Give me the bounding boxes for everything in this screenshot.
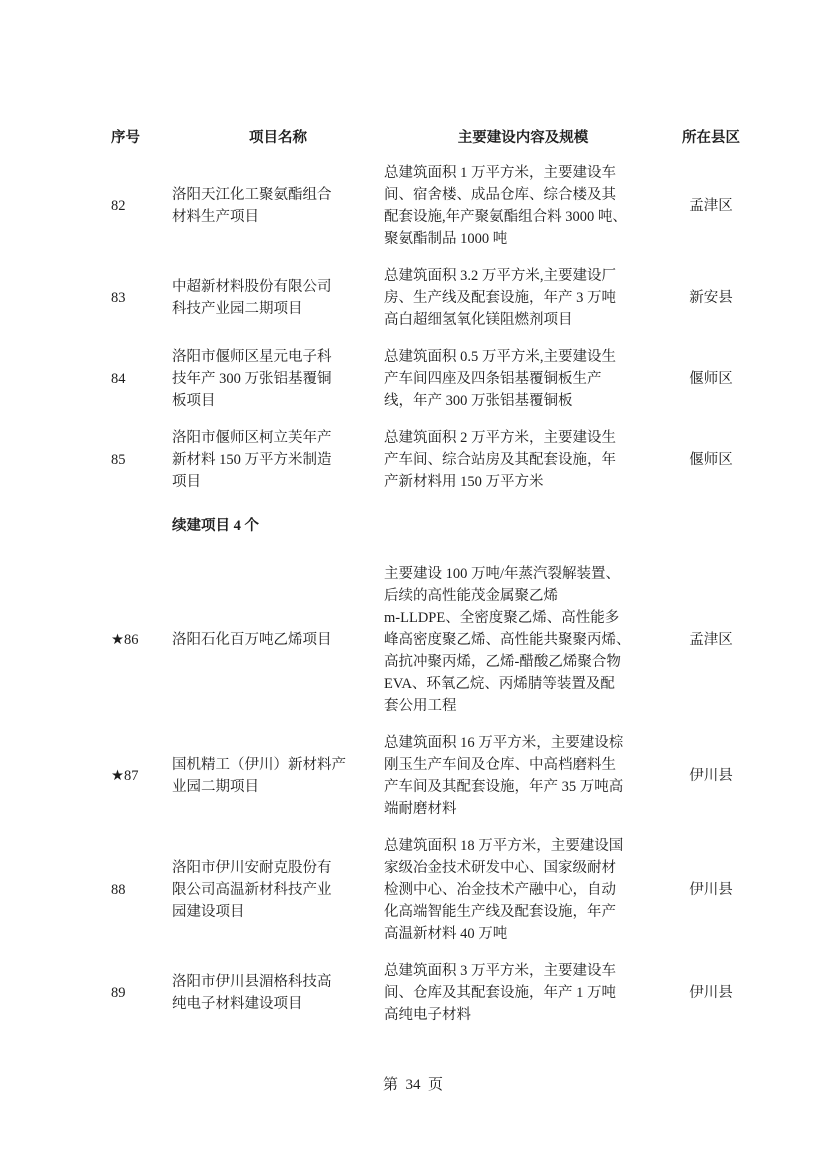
table-row: 84 洛阳市偃师区星元电子科 技年产 300 万张铝基覆铜 板项目 总建筑面积 …	[108, 346, 760, 412]
project-name: 洛阳天江化工聚氨酯组合 材料生产项目	[172, 184, 384, 228]
row-seq: 89	[108, 982, 172, 1004]
project-name: 洛阳市伊川县湄格科技高 纯电子材料建设项目	[172, 971, 384, 1015]
project-table: 序号 项目名称 主要建设内容及规模 所在县区 82 洛阳天江化工聚氨酯组合 材料…	[108, 127, 760, 1026]
project-county: 伊川县	[662, 765, 760, 787]
project-county: 新安县	[662, 287, 760, 309]
project-county: 孟津区	[662, 195, 760, 217]
project-county: 伊川县	[662, 982, 760, 1004]
project-content: 总建筑面积 3 万平方米，主要建设车 间、仓库及其配套设施，年产 1 万吨 高纯…	[384, 960, 662, 1026]
project-content: 总建筑面积 1 万平方米，主要建设车 间、宿舍楼、成品仓库、综合楼及其 配套设施…	[384, 162, 662, 250]
project-name: 中超新材料股份有限公司 科技产业园二期项目	[172, 276, 384, 320]
row-seq: 88	[108, 879, 172, 901]
row-seq-starred: ★87	[108, 765, 172, 787]
row-seq: 85	[108, 449, 172, 471]
row-seq: 82	[108, 195, 172, 217]
table-row: ★87 国机精工（伊川）新材料产 业园二期项目 总建筑面积 16 万平方米，主要…	[108, 732, 760, 820]
table-row: 83 中超新材料股份有限公司 科技产业园二期项目 总建筑面积 3.2 万平方米,…	[108, 265, 760, 331]
row-seq: 83	[108, 287, 172, 309]
table-row: ★86 洛阳石化百万吨乙烯项目 主要建设 100 万吨/年蒸汽裂解装置、 后续的…	[108, 563, 760, 717]
row-seq: 84	[108, 368, 172, 390]
project-name: 国机精工（伊川）新材料产 业园二期项目	[172, 754, 384, 798]
project-name: 洛阳石化百万吨乙烯项目	[172, 629, 384, 651]
table-row: 89 洛阳市伊川县湄格科技高 纯电子材料建设项目 总建筑面积 3 万平方米，主要…	[108, 960, 760, 1026]
project-content: 总建筑面积 0.5 万平方米,主要建设生 产车间四座及四条铝基覆铜板生产 线，年…	[384, 346, 662, 412]
project-name: 洛阳市偃师区星元电子科 技年产 300 万张铝基覆铜 板项目	[172, 346, 384, 412]
document-page: 序号 项目名称 主要建设内容及规模 所在县区 82 洛阳天江化工聚氨酯组合 材料…	[0, 0, 826, 1169]
table-row: 82 洛阳天江化工聚氨酯组合 材料生产项目 总建筑面积 1 万平方米，主要建设车…	[108, 162, 760, 250]
section-title: 续建项目 4 个	[172, 515, 760, 537]
header-project-name: 项目名称	[172, 127, 384, 149]
project-content: 主要建设 100 万吨/年蒸汽裂解装置、 后续的高性能茂金属聚乙烯 m-LLDP…	[384, 563, 662, 717]
page-number: 第 34 页	[0, 1074, 826, 1096]
header-county: 所在县区	[662, 127, 760, 149]
project-content: 总建筑面积 18 万平方米，主要建设国 家级冶金技术研发中心、国家级耐材 检测中…	[384, 835, 662, 945]
project-name: 洛阳市偃师区柯立芙年产 新材料 150 万平方米制造 项目	[172, 427, 384, 493]
row-seq-starred: ★86	[108, 629, 172, 651]
table-row: 88 洛阳市伊川安耐克股份有 限公司高温新材科技产业 园建设项目 总建筑面积 1…	[108, 835, 760, 945]
header-seq: 序号	[108, 127, 172, 149]
project-county: 伊川县	[662, 879, 760, 901]
table-header-row: 序号 项目名称 主要建设内容及规模 所在县区	[108, 127, 760, 149]
project-county: 孟津区	[662, 629, 760, 651]
project-content: 总建筑面积 2 万平方米，主要建设生 产车间、综合站房及其配套设施，年 产新材料…	[384, 427, 662, 493]
project-county: 偃师区	[662, 449, 760, 471]
header-construction-content: 主要建设内容及规模	[384, 127, 662, 149]
table-row: 85 洛阳市偃师区柯立芙年产 新材料 150 万平方米制造 项目 总建筑面积 2…	[108, 427, 760, 493]
project-content: 总建筑面积 16 万平方米，主要建设棕 刚玉生产车间及仓库、中高档磨料生 产车间…	[384, 732, 662, 820]
project-county: 偃师区	[662, 368, 760, 390]
project-name: 洛阳市伊川安耐克股份有 限公司高温新材科技产业 园建设项目	[172, 857, 384, 923]
project-content: 总建筑面积 3.2 万平方米,主要建设厂 房、生产线及配套设施，年产 3 万吨 …	[384, 265, 662, 331]
